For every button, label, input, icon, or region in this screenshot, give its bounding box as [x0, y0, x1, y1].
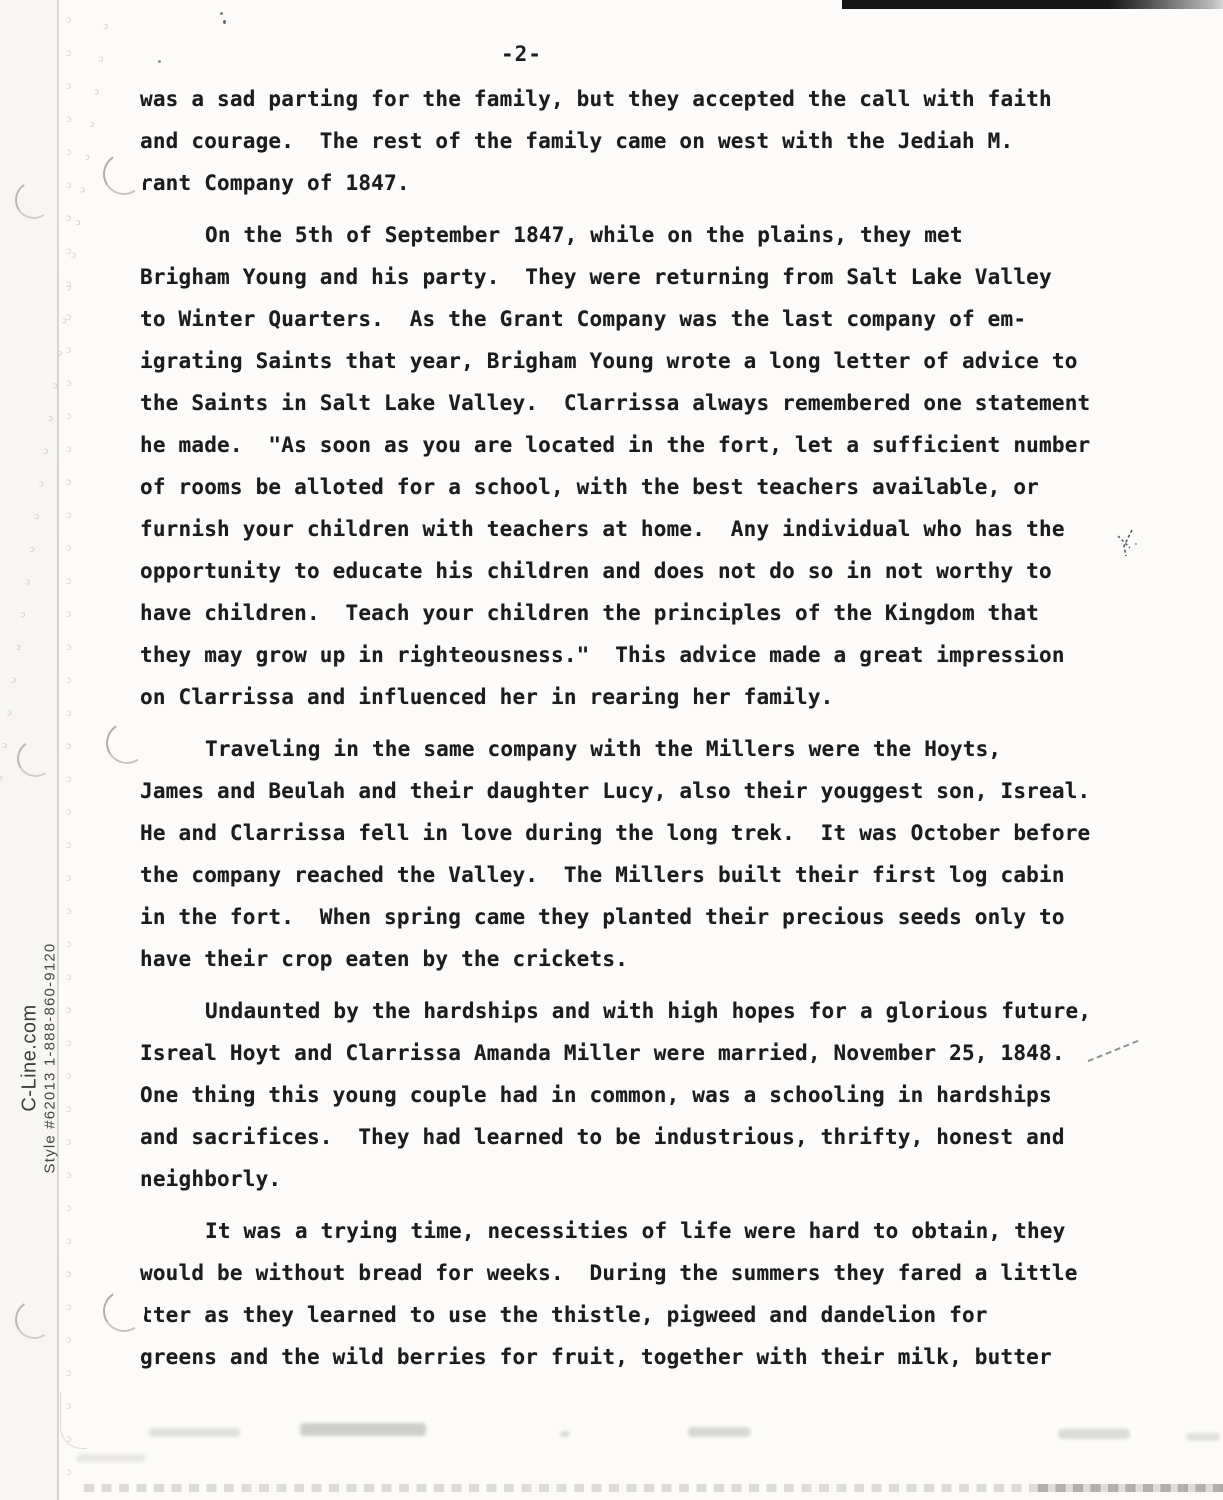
- text-line: opportunity to educate his children and …: [140, 550, 1140, 592]
- ink-speck: [220, 12, 223, 15]
- weld-mark: ɔ: [66, 169, 72, 202]
- weld-mark: ɔ: [66, 532, 72, 565]
- text-line: he made. "As soon as you are located in …: [140, 424, 1140, 466]
- weld-mark: ɔ: [66, 1357, 72, 1390]
- weld-mark: ɔ: [66, 70, 72, 103]
- paragraph: It was a trying time, necessities of lif…: [140, 1210, 1140, 1378]
- paragraph: was a sad parting for the family, but th…: [140, 78, 1140, 204]
- text-line: tter as they learned to use the thistle,…: [140, 1294, 1140, 1336]
- weld-mark: ɔ: [66, 631, 72, 664]
- weld-mark: ɔ: [66, 1291, 72, 1324]
- scan-smudge: [76, 1454, 146, 1462]
- weld-mark: ɔ: [66, 103, 72, 136]
- weld-mark: ɔ: [87, 109, 96, 142]
- text-line: rant Company of 1847.: [140, 162, 1140, 204]
- text-line: Brigham Young and his party. They were r…: [140, 256, 1140, 298]
- pen-check-mark: [1114, 528, 1142, 562]
- weld-mark: ɔ: [66, 136, 72, 169]
- ink-speck: [158, 60, 161, 63]
- text-line: He and Clarrissa fell in love during the…: [140, 812, 1140, 854]
- scan-smudge: [688, 1427, 750, 1437]
- weld-mark: ɔ: [66, 1060, 72, 1093]
- text-line: on Clarrissa and influenced her in reari…: [140, 676, 1140, 718]
- text-line: have children. Teach your children the p…: [140, 592, 1140, 634]
- text-line: they may grow up in righteousness." This…: [140, 634, 1140, 676]
- weld-mark: ɔ: [66, 895, 72, 928]
- paragraph: Undaunted by the hardships and with high…: [140, 990, 1140, 1200]
- sleeve-brand-text: C-Line.com: [19, 943, 41, 1174]
- weld-mark: ɔ: [66, 565, 72, 598]
- text-line: would be without bread for weeks. During…: [140, 1252, 1140, 1294]
- scan-smudge: [300, 1423, 426, 1436]
- weld-mark: ɔ: [66, 598, 72, 631]
- sleeve-style-text: Style #62013 1-888-860-9120: [41, 943, 60, 1174]
- weld-mark: ɔ: [66, 1324, 72, 1357]
- weld-mark: ɔ: [101, 11, 110, 44]
- weld-mark: ɔ: [66, 697, 72, 730]
- weld-mark: ɔ: [66, 400, 72, 433]
- weld-mark: ɔ: [66, 1027, 72, 1060]
- text-line: and sacrifices. They had learned to be i…: [140, 1116, 1140, 1158]
- weld-mark: ɔ: [82, 142, 91, 175]
- weld-mark: ɔ: [66, 829, 72, 862]
- weld-mark: ɔ: [66, 499, 72, 532]
- weld-mark: ɔ: [66, 1258, 72, 1291]
- weld-mark: ɔ: [66, 862, 72, 895]
- weld-mark: ɔ: [66, 4, 72, 37]
- ink-speck: [1135, 543, 1137, 545]
- text-line: and courage. The rest of the family came…: [140, 120, 1140, 162]
- scan-edge-bar: [842, 0, 1223, 9]
- scan-smudge: [148, 1428, 240, 1437]
- text-line: was a sad parting for the family, but th…: [140, 78, 1140, 120]
- text-line: On the 5th of September 1847, while on t…: [140, 214, 1140, 256]
- weld-mark: ɔ: [66, 37, 72, 70]
- scan-smudge: [1186, 1433, 1220, 1441]
- text-line: furnish your children with teachers at h…: [140, 508, 1140, 550]
- weld-mark: ɔ: [66, 235, 72, 268]
- paragraph: On the 5th of September 1847, while on t…: [140, 214, 1140, 718]
- paragraph: Traveling in the same company with the M…: [140, 728, 1140, 980]
- text-line: Isreal Hoyt and Clarrissa Amanda Miller …: [140, 1032, 1140, 1074]
- sheet-corner-curve: [60, 1392, 87, 1449]
- page-edge-line: [57, 0, 59, 1500]
- text-line: It was a trying time, necessities of lif…: [140, 1210, 1140, 1252]
- weld-mark: ɔ: [96, 44, 105, 77]
- weld-mark: ɔ: [92, 76, 101, 109]
- ink-speck: [223, 20, 226, 24]
- weld-mark: ɔ: [66, 301, 72, 334]
- weld-mark: ɔ: [66, 796, 72, 829]
- text-line: in the fort. When spring came they plant…: [140, 896, 1140, 938]
- weld-mark: ɔ: [66, 1456, 72, 1489]
- text-line: One thing this young couple had in commo…: [140, 1074, 1140, 1116]
- text-line: to Winter Quarters. As the Grant Company…: [140, 298, 1140, 340]
- text-line: the company reached the Valley. The Mill…: [140, 854, 1140, 896]
- weld-mark: ɔ: [66, 466, 72, 499]
- weld-mark: ɔ: [66, 928, 72, 961]
- scanned-document-page: ɔɔɔɔɔɔɔɔɔɔɔɔɔɔɔɔɔɔɔɔɔɔɔɔɔɔɔɔɔɔɔɔɔɔɔɔɔɔɔɔ…: [0, 0, 1223, 1500]
- page-number: -2-: [501, 42, 542, 66]
- weld-mark: ɔ: [66, 730, 72, 763]
- document-body: was a sad parting for the family, but th…: [140, 78, 1140, 1378]
- sleeve-brand-label: C-Line.com Style #62013 1-888-860-9120: [19, 943, 60, 1174]
- text-line: neighborly.: [140, 1158, 1140, 1200]
- weld-mark: ɔ: [66, 202, 72, 235]
- text-line: James and Beulah and their daughter Lucy…: [140, 770, 1140, 812]
- sleeve-weld-marks-inner: ɔɔɔɔɔɔɔɔɔɔɔɔɔɔɔɔɔɔɔɔɔɔɔɔɔɔɔɔɔɔɔɔɔɔɔɔɔɔɔɔ…: [66, 4, 72, 1489]
- text-line: Undaunted by the hardships and with high…: [140, 990, 1140, 1032]
- text-line: the Saints in Salt Lake Valley. Clarriss…: [140, 382, 1140, 424]
- weld-mark: ɔ: [66, 961, 72, 994]
- weld-mark: ɔ: [66, 433, 72, 466]
- weld-mark: ɔ: [66, 367, 72, 400]
- text-line: of rooms be alloted for a school, with t…: [140, 466, 1140, 508]
- text-line: igrating Saints that year, Brigham Young…: [140, 340, 1140, 382]
- weld-mark: ɔ: [78, 174, 87, 207]
- weld-mark: ɔ: [73, 207, 82, 240]
- scan-smudge: [560, 1431, 570, 1437]
- weld-mark: ɔ: [66, 334, 72, 367]
- text-line: greens and the wild berries for fruit, t…: [140, 1336, 1140, 1378]
- scan-smudge: [1058, 1429, 1130, 1439]
- weld-mark: ɔ: [66, 994, 72, 1027]
- weld-mark: ɔ: [66, 1192, 72, 1225]
- weld-mark: ɔ: [66, 1126, 72, 1159]
- text-line: have their crop eaten by the crickets.: [140, 938, 1140, 980]
- text-line: Traveling in the same company with the M…: [140, 728, 1140, 770]
- weld-mark: ɔ: [66, 763, 72, 796]
- weld-mark: ɔ: [66, 1159, 72, 1192]
- weld-mark: ɔ: [66, 1093, 72, 1126]
- sleeve-weld-edge-bottom-dark: [1038, 1484, 1223, 1492]
- weld-mark: ɔ: [66, 268, 72, 301]
- weld-mark: ɔ: [66, 664, 72, 697]
- weld-mark: ɔ: [66, 1225, 72, 1258]
